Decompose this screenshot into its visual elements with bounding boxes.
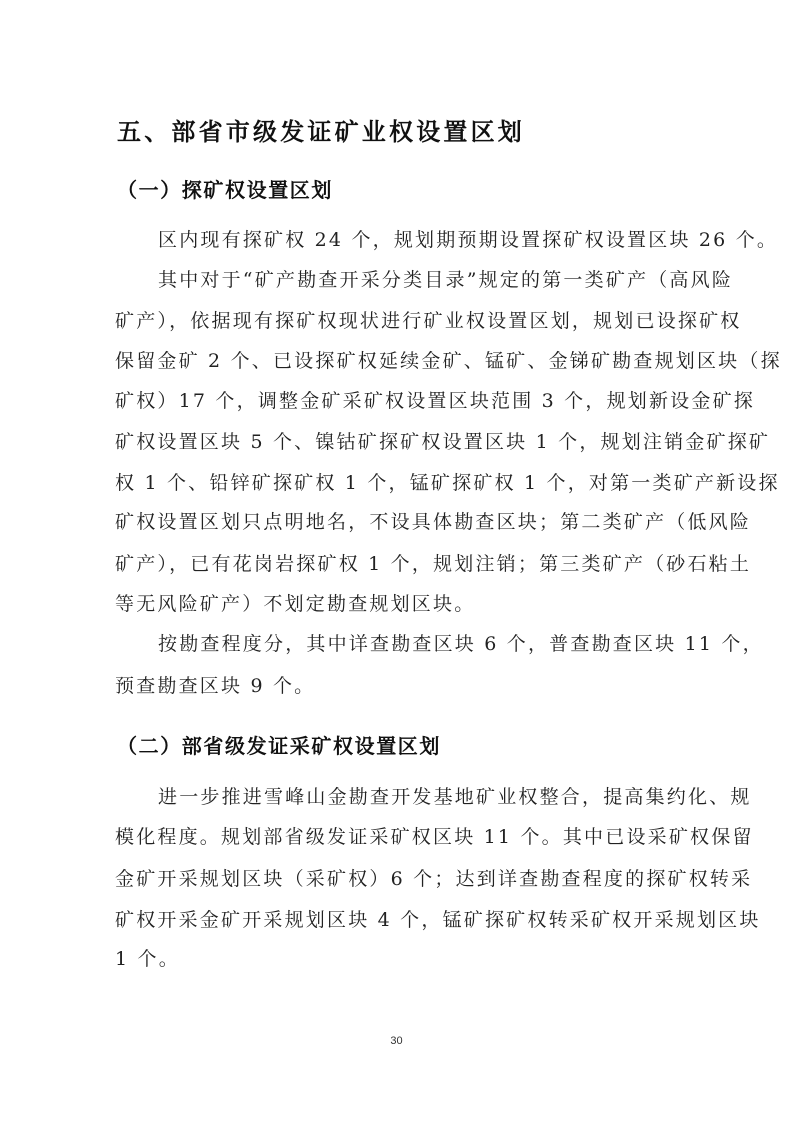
paragraph-line: 保留金矿 2 个、已设探矿权延续金矿、锰矿、金锑矿勘查规划区块（探 [115,349,782,373]
section-title-mining-rights: （二）部省级发证采矿权设置区划 [117,732,441,760]
paragraph-line: 其中对于“矿产勘查开采分类目录”规定的第一类矿产（高风险 [158,268,733,292]
chapter-heading: 五、部省市级发证矿业权设置区划 [117,116,525,148]
paragraph-line: 矿权开采金矿开采规划区块 4 个，锰矿探矿权转采矿权开采规划区块 [115,908,761,932]
paragraph-line: 区内现有探矿权 24 个，规划期预期设置探矿权设置区块 26 个。 [158,228,778,252]
paragraph-line: 等无风险矿产）不划定勘查规划区块。 [115,592,475,616]
paragraph-line: 矿权）17 个，调整金矿采矿权设置区块范围 3 个，规划新设金矿探 [115,389,755,413]
paragraph-line: 矿产），依据现有探矿权现状进行矿业权设置区划，规划已设探矿权 [115,309,742,333]
paragraph-line: 矿权设置区块 5 个、镍钴矿探矿权设置区块 1 个，规划注销金矿探矿 [115,430,770,454]
paragraph-line: 模化程度。规划部省级发证采矿权区块 11 个。其中已设采矿权保留 [115,825,754,849]
paragraph-line: 1 个。 [115,947,180,971]
paragraph-line: 矿产），已有花岗岩探矿权 1 个，规划注销；第三类矿产（砂石粘土 [115,552,751,576]
page-number: 30 [0,1034,793,1048]
paragraph-line: 预查勘查区块 9 个。 [115,674,315,698]
paragraph-line: 按勘查程度分，其中详查勘查区块 6 个，普查勘查区块 11 个， [158,632,764,656]
paragraph-line: 权 1 个、铅锌矿探矿权 1 个，锰矿探矿权 1 个，对第一类矿产新设探 [115,471,780,495]
section-title-exploration-rights: （一）探矿权设置区划 [117,176,333,204]
paragraph-line: 金矿开采规划区块（采矿权）6 个；达到详查勘查程度的探矿权转采 [115,867,752,891]
paragraph-line: 进一步推进雪峰山金勘查开发基地矿业权整合，提高集约化、规 [158,785,752,809]
paragraph-line: 矿权设置区划只点明地名，不设具体勘查区块；第二类矿产（低风险 [115,510,751,534]
document-page: 五、部省市级发证矿业权设置区划 （一）探矿权设置区划 区内现有探矿权 24 个，… [0,0,793,1122]
